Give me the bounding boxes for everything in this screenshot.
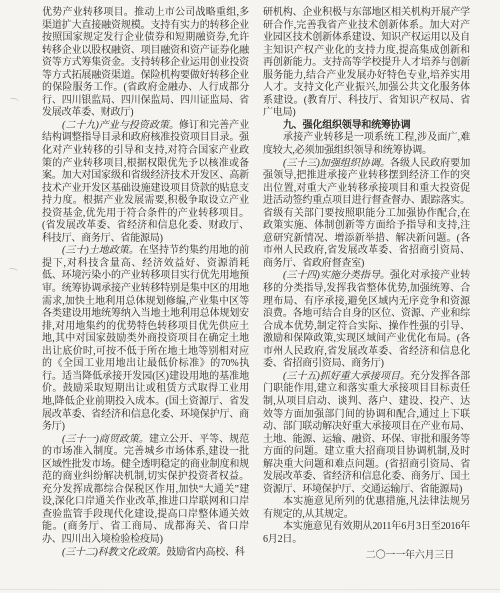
paragraph-text: 鼓励省内高校、科 — [166, 547, 244, 558]
item-heading: (三十四)实施分类指导。 — [283, 270, 390, 281]
policy-item-29: (二十九)产业与投资政策。修订和完善产业结构调整指导目录和政府核准投资项目目录。… — [42, 120, 249, 245]
item-heading: (三十五)抓好重大承接项目。 — [283, 371, 410, 382]
item-heading: (三十一)商贸政策。 — [62, 434, 149, 445]
policy-item-32: (三十二)科教文化政策。鼓励省内高校、科 — [42, 547, 249, 560]
scan-artifact: ⌒ — [8, 97, 19, 111]
item-heading: (二十九)产业与投资政策。 — [62, 120, 179, 131]
paragraph-text: 研机构、企业积极与东部地区相关机构开展产学研合作,完善我省产业技术创新体系。加大… — [263, 7, 470, 118]
scanned-document-page: ⌒ ⌒ · 优势产业转移项目。推动上市公司战略重组,多渠道扩大直接融资规模。支持… — [0, 0, 500, 593]
paragraph-text: 各级人民政府要加强领导,把推进承接产业转移摆到经济工作的突出位置,对重大产业转移… — [263, 158, 470, 269]
item-heading: (三十)土地政策。 — [62, 245, 139, 256]
item-heading: (三十三)加强组织协调。 — [283, 158, 390, 169]
policy-item-30: (三十)土地政策。在坚持节约集约用地的前提下,对科技含量高、经济效益好、资源消耗… — [42, 245, 249, 433]
policy-item-31: (三十一)商贸政策。建立公开、平等、规范的市场准入制度。完善城乡市场体系,建设一… — [42, 434, 249, 547]
policy-item-33: (三十三)加强组织协调。各级人民政府要加强领导,把推进承接产业转移摆到经济工作的… — [263, 158, 470, 271]
paragraph-text: 在坚持节约集约用地的前提下,对科技含量高、经济效益好、资源消耗低、环境污染小的产… — [42, 245, 249, 432]
paragraph-continuation: 优势产业转移项目。推动上市公司战略重组,多渠道扩大直接融资规模。支持有实力的转移… — [42, 7, 249, 120]
paragraph-text: 本实施意见有效期从2011年6月3日至2016年6月2日。 — [263, 521, 470, 545]
paragraph-text: 优势产业转移项目。推动上市公司战略重组,多渠道扩大直接融资规模。支持有实力的转移… — [42, 7, 249, 118]
paragraph-text: 修订和完善产业结构调整指导目录和政府核准投资项目目录。强化对产业转移的引导和支持… — [42, 120, 249, 244]
text-column-right: 研机构、企业积极与东部地区相关机构开展产学研合作,完善我省产业技术创新体系。加大… — [263, 7, 470, 587]
scan-bottom-edge — [0, 589, 500, 590]
validity-period-paragraph: 本实施意见有效期从2011年6月3日至2016年6月2日。 — [263, 521, 470, 546]
section-heading: 九、强化组织领导和统筹协调 — [263, 120, 470, 133]
paragraph-text: 充分发挥各部门职能作用,建立和落实重大承接项目目标责任制,从项目启动、谈判、落户… — [263, 371, 470, 495]
paragraph-text: 强化对承接产业转移的分类指导,发挥我省整体优势,加强统筹、合理布局、有序承接,避… — [263, 270, 470, 369]
scan-artifact: · — [12, 160, 16, 173]
policy-item-35: (三十五)抓好重大承接项目。充分发挥各部门职能作用,建立和落实重大承接项目目标责… — [263, 371, 470, 496]
scan-artifact: ⌒ — [7, 267, 18, 281]
issue-date-line: 二〇一一年六月三日 — [263, 550, 470, 563]
paragraph-text: 建立公开、平等、规范的市场准入制度。完善城乡市场体系,建设一批区域性批发市场。健… — [42, 434, 249, 545]
paragraph-text: 承接产业转移是一项系统工程,涉及面广,难度较大,必须加强组织领导和统筹协调。 — [263, 132, 470, 156]
section-intro-paragraph: 承接产业转移是一项系统工程,涉及面广,难度较大,必须加强组织领导和统筹协调。 — [263, 132, 470, 157]
text-column-left: 优势产业转移项目。推动上市公司战略重组,多渠道扩大直接融资规模。支持有实力的转移… — [42, 7, 249, 587]
paragraph-continuation: 研机构、企业积极与东部地区相关机构开展产学研合作,完善我省产业技术创新体系。加大… — [263, 7, 470, 120]
paragraph-text: 本实施意见所列的优惠措施,凡法律法规另有规定的,从其规定。 — [263, 496, 470, 520]
policy-item-34: (三十四)实施分类指导。强化对承接产业转移的分类指导,发挥我省整体优势,加强统筹… — [263, 270, 470, 370]
item-heading: (三十二)科教文化政策。 — [62, 547, 166, 558]
closing-clause-paragraph: 本实施意见所列的优惠措施,凡法律法规另有规定的,从其规定。 — [263, 496, 470, 521]
